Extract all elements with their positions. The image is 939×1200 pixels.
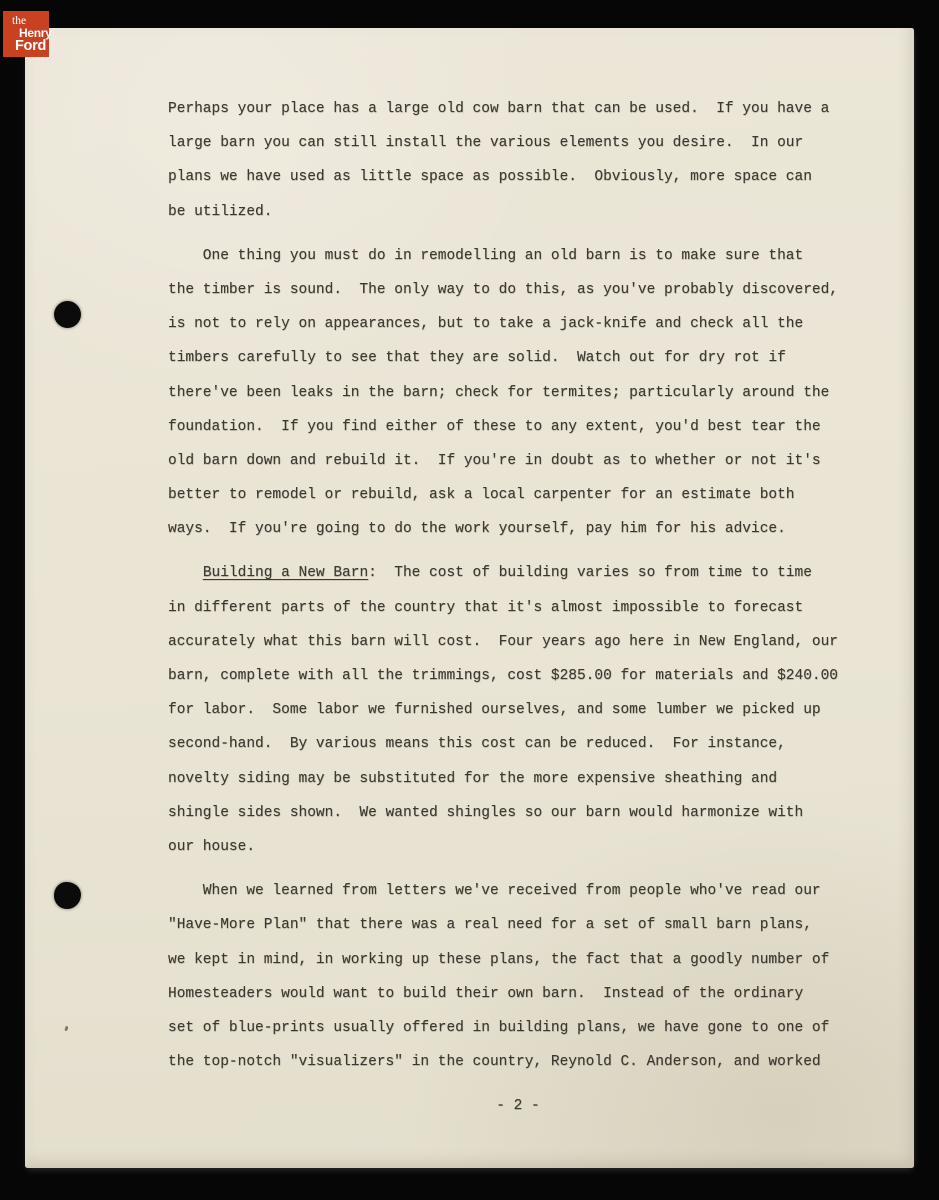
scanned-document-view: { "colors": { "background": "#060606", "… [0, 0, 939, 1200]
hole-punch-bottom [54, 882, 81, 909]
text-line: there've been leaks in the barn; check f… [168, 376, 868, 410]
text-line: plans we have used as little space as po… [168, 160, 868, 194]
text-line: second-hand. By various means this cost … [168, 727, 868, 761]
paragraphs-container: Perhaps your place has a large old cow b… [168, 92, 868, 1079]
paragraph: One thing you must do in remodelling an … [168, 239, 868, 547]
line-prefix [168, 565, 203, 581]
text-line: Building a New Barn: The cost of buildin… [168, 556, 868, 590]
page-number: - 2 - [168, 1089, 868, 1123]
henry-ford-logo: the Henry Ford [3, 11, 49, 57]
text-line: is not to rely on appearances, but to ta… [168, 307, 868, 341]
text-line: One thing you must do in remodelling an … [168, 239, 868, 273]
text-line: accurately what this barn will cost. Fou… [168, 625, 868, 659]
text-line: the timber is sound. The only way to do … [168, 273, 868, 307]
text-line: large barn you can still install the var… [168, 126, 868, 160]
logo-text-ford: Ford [15, 38, 46, 54]
text-line: shingle sides shown. We wanted shingles … [168, 796, 868, 830]
text-line: Homesteaders would want to build their o… [168, 977, 868, 1011]
text-line: we kept in mind, in working up these pla… [168, 943, 868, 977]
text-line: timbers carefully to see that they are s… [168, 341, 868, 375]
text-line: better to remodel or rebuild, ask a loca… [168, 478, 868, 512]
text-line: set of blue-prints usually offered in bu… [168, 1011, 868, 1045]
text-line: old barn down and rebuild it. If you're … [168, 444, 868, 478]
text-line: "Have-More Plan" that there was a real n… [168, 908, 868, 942]
paragraph: Perhaps your place has a large old cow b… [168, 92, 868, 229]
scan-stage: Perhaps your place has a large old cow b… [0, 0, 939, 1200]
document-text: Perhaps your place has a large old cow b… [168, 92, 868, 1123]
text-line: for labor. Some labor we furnished ourse… [168, 693, 868, 727]
text-line: When we learned from letters we've recei… [168, 874, 868, 908]
paragraph: When we learned from letters we've recei… [168, 874, 868, 1079]
text-line: novelty siding may be substituted for th… [168, 762, 868, 796]
paper-speck [64, 1026, 68, 1032]
paragraph: Building a New Barn: The cost of buildin… [168, 556, 868, 864]
text-line: our house. [168, 830, 868, 864]
line-suffix: : The cost of building varies so from ti… [368, 565, 812, 581]
text-line: in different parts of the country that i… [168, 591, 868, 625]
hole-punch-top [54, 301, 81, 328]
document-page: Perhaps your place has a large old cow b… [25, 28, 914, 1168]
text-line: be utilized. [168, 195, 868, 229]
text-line: ways. If you're going to do the work you… [168, 512, 868, 546]
text-line: the top-notch "visualizers" in the count… [168, 1045, 868, 1079]
text-line: Perhaps your place has a large old cow b… [168, 92, 868, 126]
underlined-heading: Building a New Barn [203, 565, 368, 581]
text-line: barn, complete with all the trimmings, c… [168, 659, 868, 693]
text-line: foundation. If you find either of these … [168, 410, 868, 444]
